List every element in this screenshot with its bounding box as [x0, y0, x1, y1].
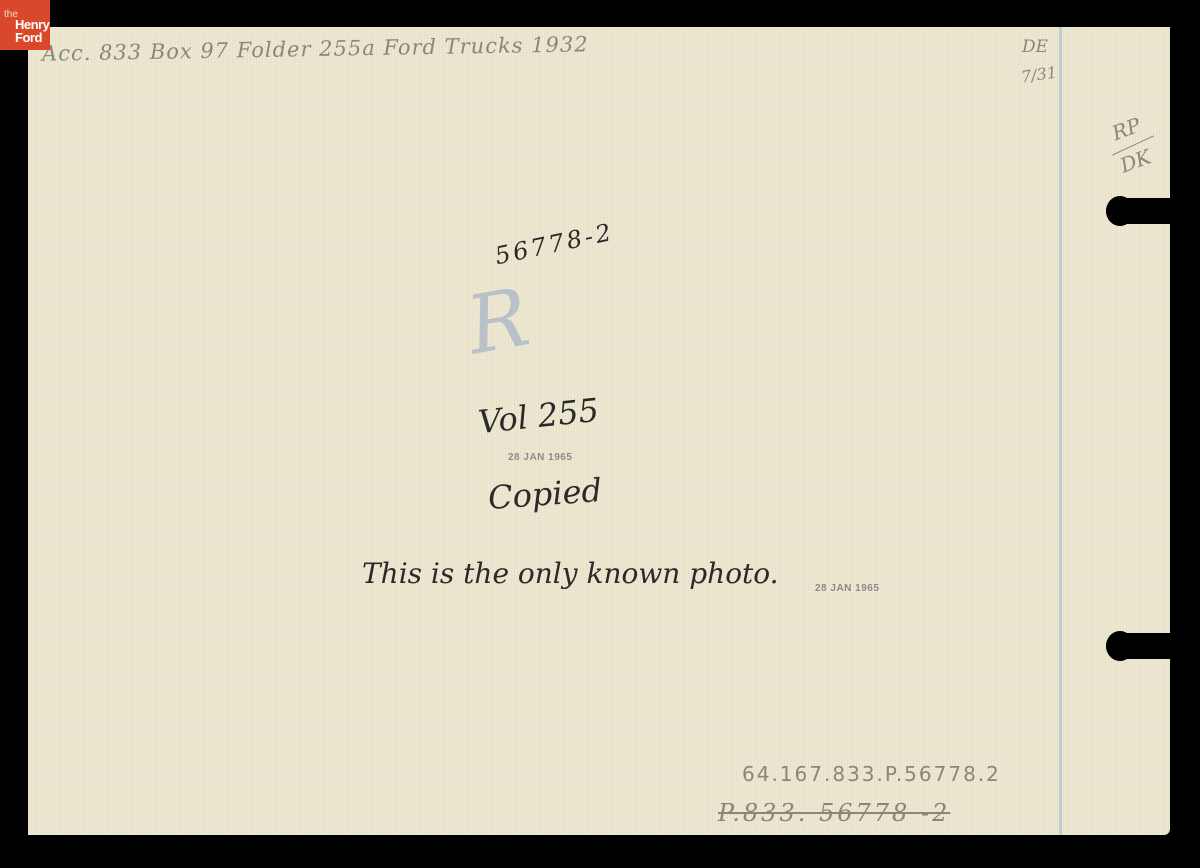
- binder-punch-hole-bottom: [1106, 633, 1170, 659]
- date-stamp-1: 28 JAN 1965: [508, 452, 572, 463]
- top-right-initials: DE: [1022, 37, 1048, 57]
- margin-initials-top: RP: [1109, 113, 1144, 145]
- document-paper: Acc. 833 Box 97 Folder 255a Ford Trucks …: [28, 27, 1170, 835]
- faint-r-mark: R: [460, 270, 535, 372]
- copied-note: Copied: [487, 471, 603, 517]
- date-stamp-2: 28 JAN 1965: [815, 583, 879, 594]
- volume-note: Vol 255: [476, 391, 600, 441]
- henry-ford-logo: the Henry Ford: [0, 0, 50, 50]
- negative-number: 56778-2: [492, 218, 616, 270]
- accession-number: 64.167.833.P.56778.2: [742, 762, 1001, 786]
- header-note: Acc. 833 Box 97 Folder 255a Ford Trucks …: [42, 32, 589, 66]
- handwritten-note: This is the only known photo.: [362, 557, 779, 590]
- old-number-struck: P.833. 56778 -2: [718, 799, 950, 827]
- margin-rule-line: [1059, 27, 1062, 835]
- top-right-date: 7/31: [1020, 63, 1058, 87]
- binder-punch-hole-top: [1106, 198, 1170, 224]
- logo-ford: Ford: [15, 30, 42, 45]
